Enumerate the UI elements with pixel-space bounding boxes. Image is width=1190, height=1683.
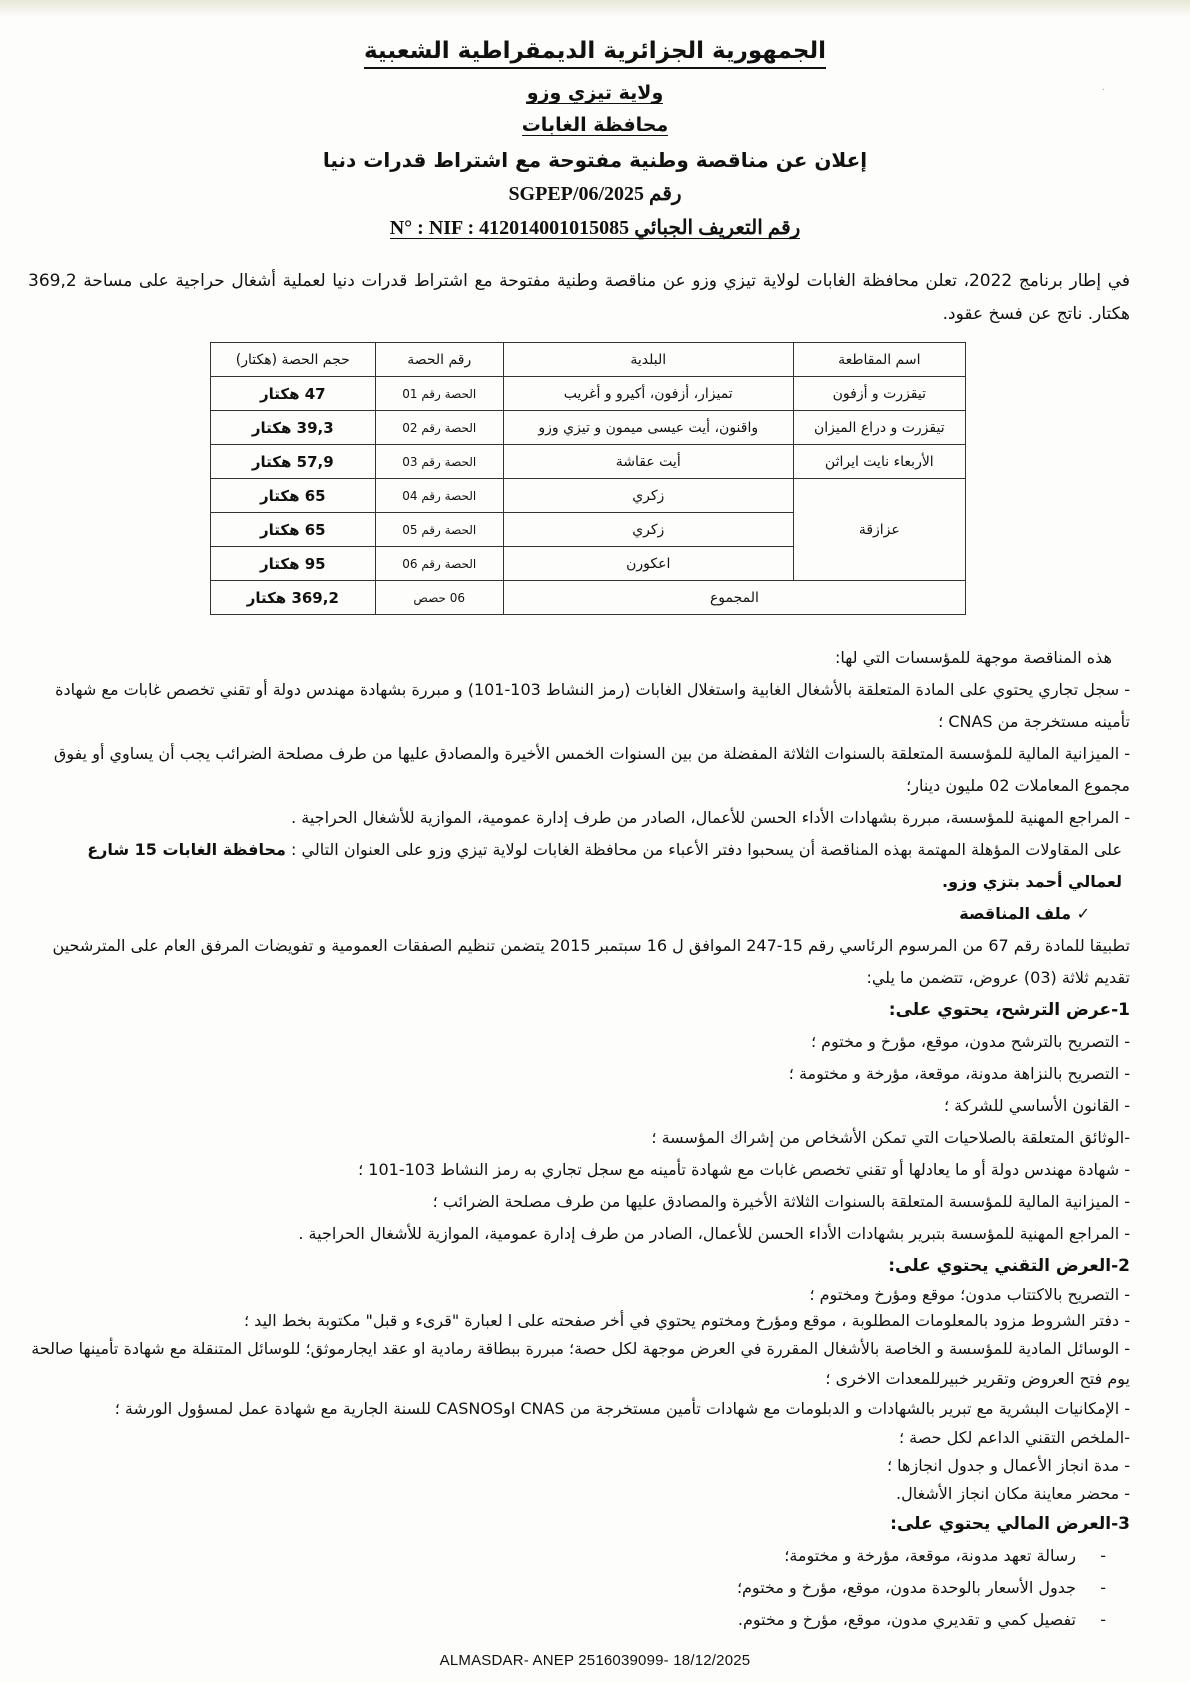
eligibility-intro: هذه المناقصة موجهة للمؤسسات التي لها: [28, 642, 1130, 674]
lot-cell: الحصة رقم 06 [375, 547, 503, 581]
tender-number: رقم 2025/SGPEP/06 [0, 184, 1190, 204]
lot-cell: الحصة رقم 02 [375, 411, 503, 445]
commune-cell: تميزار، أزفون، أكيرو و أغريب [503, 377, 793, 411]
withdraw-paragraph: على المقاولات المؤهلة المهتمة بهذه المنا… [28, 834, 1130, 898]
section-item: -الملخص التقني الداعم لكل حصة ؛ [28, 1424, 1130, 1452]
republic-title: الجمهورية الجزائرية الديمقراطية الشعبية [364, 40, 826, 69]
size-cell: 65 هكتار [211, 479, 376, 513]
financial-item-text: تفصيل كمي و تقديري مدون، موقع، مؤرخ و مخ… [738, 1610, 1076, 1629]
bullet-dash: - [1076, 1540, 1106, 1572]
financial-item-text: جدول الأسعار بالوحدة مدون، موقع، مؤرخ و … [737, 1578, 1076, 1597]
section-item: - التصريح بالنزاهة مدونة، موقعة، مؤرخة و… [28, 1058, 1130, 1090]
section-item: - القانون الأساسي للشركة ؛ [28, 1090, 1130, 1122]
publication-reference: ALMASDAR- ANEP 2516039099- 18/12/2025 [0, 1652, 1190, 1669]
bullet-dash: - [1076, 1604, 1106, 1636]
commune-cell: واقنون، أيت عيسى ميمون و تيزي وزو [503, 411, 793, 445]
intro-paragraph: في إطار برنامج 2022، تعلن محافظة الغابات… [28, 265, 1130, 331]
section-item: -تفصيل كمي و تقديري مدون، موقع، مؤرخ و م… [28, 1604, 1130, 1636]
document-header: الجمهورية الجزائرية الديمقراطية الشعبية … [0, 40, 1190, 239]
total-label: المجموع [503, 581, 965, 615]
table-row: تيقزرت و دراع الميزان واقنون، أيت عيسى م… [211, 411, 966, 445]
commune-cell: زكري [503, 479, 793, 513]
eligibility-item: - المراجع المهنية للمؤسسة، مبررة بشهادات… [28, 802, 1130, 834]
document-body: هذه المناقصة موجهة للمؤسسات التي لها: - … [28, 642, 1130, 1636]
section-item: -رسالة تعهد مدونة، موقعة، مؤرخة و مختومة… [28, 1540, 1130, 1572]
size-cell: 65 هكتار [211, 513, 376, 547]
lots-table: اسم المقاطعة البلدية رقم الحصة حجم الحصة… [210, 342, 966, 615]
size-cell: 95 هكتار [211, 547, 376, 581]
section-item: - الإمكانيات البشرية مع تبرير بالشهادات … [28, 1394, 1130, 1424]
scan-edge [0, 0, 1190, 18]
zone-cell: تيقزرت و أزفون [793, 377, 965, 411]
section-title-candidacy: 1-عرض الترشح، يحتوي على: [28, 994, 1130, 1026]
bullet-dash: - [1076, 1572, 1106, 1604]
total-size: 369,2 هكتار [211, 581, 376, 615]
lot-cell: الحصة رقم 05 [375, 513, 503, 547]
zone-cell: عزازقة [793, 479, 965, 581]
section-item: - التصريح بالترشح مدون، موقع، مؤرخ و مخت… [28, 1026, 1130, 1058]
commune-cell: زكري [503, 513, 793, 547]
commune-cell: اعكورن [503, 547, 793, 581]
withdraw-text: على المقاولات المؤهلة المهتمة بهذه المنا… [291, 840, 1122, 859]
eligibility-item: - سجل تجاري يحتوي على المادة المتعلقة با… [28, 674, 1130, 738]
lot-cell: الحصة رقم 03 [375, 445, 503, 479]
size-cell: 39,3 هكتار [211, 411, 376, 445]
section-item: - شهادة مهندس دولة أو ما يعادلها أو تقني… [28, 1154, 1130, 1186]
zone-cell: الأربعاء نايت ايراثن [793, 445, 965, 479]
conservation-title: محافظة الغابات [522, 116, 669, 136]
lot-cell: الحصة رقم 01 [375, 377, 503, 411]
header-size: حجم الحصة (هكتار) [211, 343, 376, 377]
table-row: عزازقة زكري الحصة رقم 04 65 هكتار [211, 479, 966, 513]
total-lots: 06 حصص [375, 581, 503, 615]
section-item: - مدة انجاز الأعمال و جدول انجازها ؛ [28, 1452, 1130, 1480]
section-item: - دفتر الشروط مزود بالمعلومات المطلوبة ،… [28, 1308, 1130, 1334]
legal-paragraph: تطبيقا للمادة رقم 67 من المرسوم الرئاسي … [28, 930, 1130, 994]
table-row: الأربعاء نايت ايراثن أيت عقاشة الحصة رقم… [211, 445, 966, 479]
header-commune: البلدية [503, 343, 793, 377]
section-item: - الميزانية المالية للمؤسسة المتعلقة بال… [28, 1186, 1130, 1218]
section-item: - المراجع المهنية للمؤسسة بتبرير بشهادات… [28, 1218, 1130, 1250]
section-title-financial: 3-العرض المالي يحتوي على: [28, 1508, 1130, 1540]
section-item: - التصريح بالاكتتاب مدون؛ موقع ومؤرخ ومخ… [28, 1282, 1130, 1308]
table-header-row: اسم المقاطعة البلدية رقم الحصة حجم الحصة… [211, 343, 966, 377]
commune-cell: أيت عقاشة [503, 445, 793, 479]
table-row: تيقزرت و أزفون تميزار، أزفون، أكيرو و أغ… [211, 377, 966, 411]
section-item: -جدول الأسعار بالوحدة مدون، موقع، مؤرخ و… [28, 1572, 1130, 1604]
section-title-technical: 2-العرض التقني يحتوي على: [28, 1250, 1130, 1282]
file-heading: ✓ ملف المناقصة [28, 898, 1130, 930]
nif-number: رقم التعريف الجبائي N° : NIF : 412014001… [390, 218, 801, 239]
lot-cell: الحصة رقم 04 [375, 479, 503, 513]
section-item: - محضر معاينة مكان انجاز الأشغال. [28, 1480, 1130, 1508]
eligibility-item: - الميزانية المالية للمؤسسة المتعلقة بال… [28, 738, 1130, 802]
wilaya-title: ولاية تيزي وزو [527, 84, 664, 104]
header-lot: رقم الحصة [375, 343, 503, 377]
table-total-row: المجموع 06 حصص 369,2 هكتار [211, 581, 966, 615]
size-cell: 47 هكتار [211, 377, 376, 411]
section-item: - الوسائل المادية للمؤسسة و الخاصة بالأش… [28, 1334, 1130, 1394]
header-zone: اسم المقاطعة [793, 343, 965, 377]
announcement-title: إعلان عن مناقصة وطنية مفتوحة مع اشتراط ق… [0, 150, 1190, 170]
financial-item-text: رسالة تعهد مدونة، موقعة، مؤرخة و مختومة؛ [784, 1546, 1076, 1565]
size-cell: 57,9 هكتار [211, 445, 376, 479]
zone-cell: تيقزرت و دراع الميزان [793, 411, 965, 445]
section-item: -الوثائق المتعلقة بالصلاحيات التي تمكن ا… [28, 1122, 1130, 1154]
